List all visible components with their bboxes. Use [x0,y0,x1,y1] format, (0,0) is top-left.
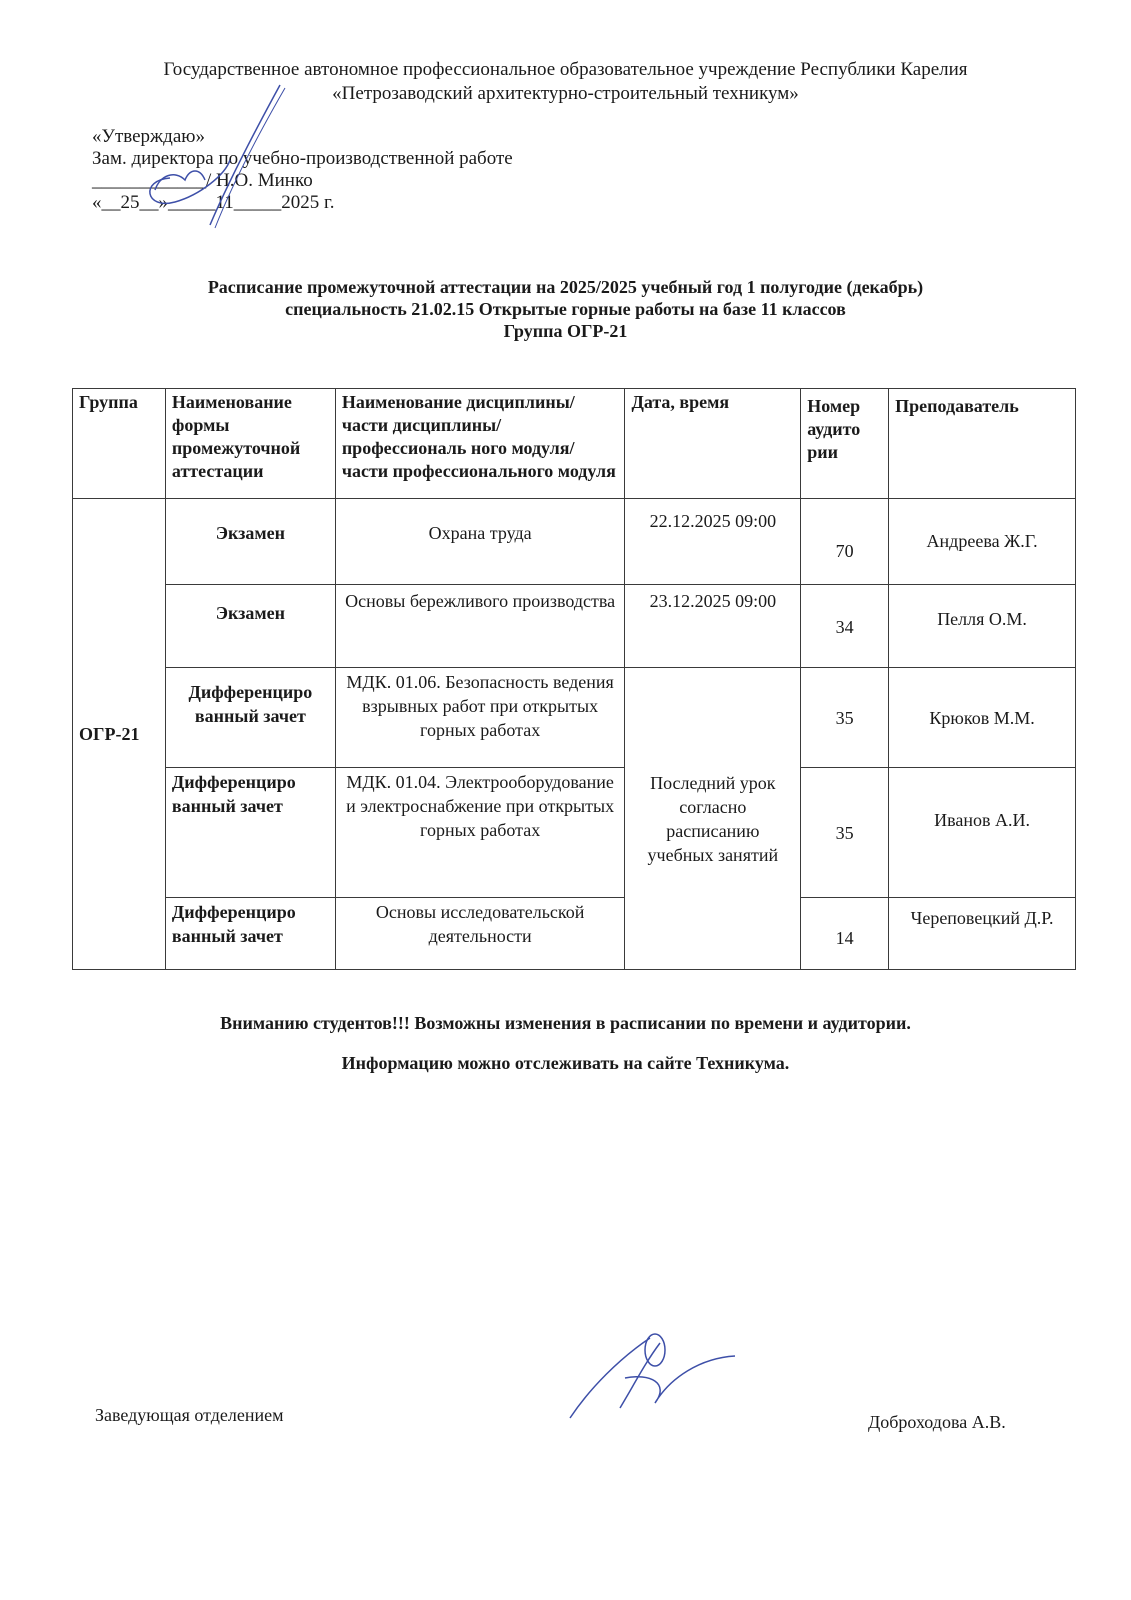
datetime-cell: 23.12.2025 09:00 [625,585,801,668]
table-row: Дифференциро ванный зачет Основы исследо… [73,898,1076,970]
footer-name: Доброходова А.В. [868,1412,1006,1433]
datetime-shared-cell: Последний урок согласно расписанию учебн… [625,668,801,970]
room-cell: 35 [801,668,889,768]
table-row: ОГР-21 Экзамен Охрана труда 22.12.2025 0… [73,499,1076,585]
table-row: Экзамен Основы бережливого производства … [73,585,1076,668]
title-line-1: Расписание промежуточной аттестации на 2… [0,276,1131,298]
header-datetime: Дата, время [625,389,801,499]
discipline-cell: МДК. 01.04. Электрооборудование и электр… [335,768,625,898]
header-teacher: Преподаватель [889,389,1076,499]
datetime-cell: 22.12.2025 09:00 [625,499,801,585]
teacher-cell: Андреева Ж.Г. [889,499,1076,585]
schedule-table: Группа Наименование формы промежуточной … [72,388,1076,970]
discipline-cell: Основы бережливого производства [335,585,625,668]
header-room: Номер аудито рии [801,389,889,499]
header-group: Группа [73,389,166,499]
discipline-cell: Основы исследовательской деятельности [335,898,625,970]
title-line-3: Группа ОГР-21 [0,320,1131,342]
form-cell: Экзамен [165,499,335,585]
footer-position: Заведующая отделением [95,1405,284,1426]
document-title: Расписание промежуточной аттестации на 2… [0,276,1131,342]
form-cell: Экзамен [165,585,335,668]
table-row: Дифференциро ванный зачет МДК. 01.06. Бе… [73,668,1076,768]
room-cell: 34 [801,585,889,668]
form-cell: Дифференциро ванный зачет [165,668,335,768]
table-row: Дифференциро ванный зачет МДК. 01.04. Эл… [73,768,1076,898]
room-cell: 14 [801,898,889,970]
header-discipline: Наименование дисциплины/части дисциплины… [335,389,625,499]
form-cell: Дифференциро ванный зачет [165,768,335,898]
table-header-row: Группа Наименование формы промежуточной … [73,389,1076,499]
group-cell: ОГР-21 [73,499,166,970]
room-cell: 70 [801,499,889,585]
teacher-cell: Пелля О.М. [889,585,1076,668]
notice-website: Информацию можно отслеживать на сайте Те… [0,1052,1131,1074]
discipline-cell: Охрана труда [335,499,625,585]
teacher-cell: Крюков М.М. [889,668,1076,768]
notice-changes: Вниманию студентов!!! Возможны изменения… [0,1012,1131,1034]
approval-signature-icon [130,80,330,230]
organization-name: Государственное автономное профессиональ… [0,58,1131,82]
room-cell: 35 [801,768,889,898]
header-form: Наименование формы промежуточной аттеста… [165,389,335,499]
teacher-cell: Череповецкий Д.Р. [889,898,1076,970]
form-cell: Дифференциро ванный зачет [165,898,335,970]
title-line-2: специальность 21.02.15 Открытые горные р… [0,298,1131,320]
footer-signature-icon [560,1328,750,1428]
discipline-cell: МДК. 01.06. Безопасность ведения взрывны… [335,668,625,768]
teacher-cell: Иванов А.И. [889,768,1076,898]
